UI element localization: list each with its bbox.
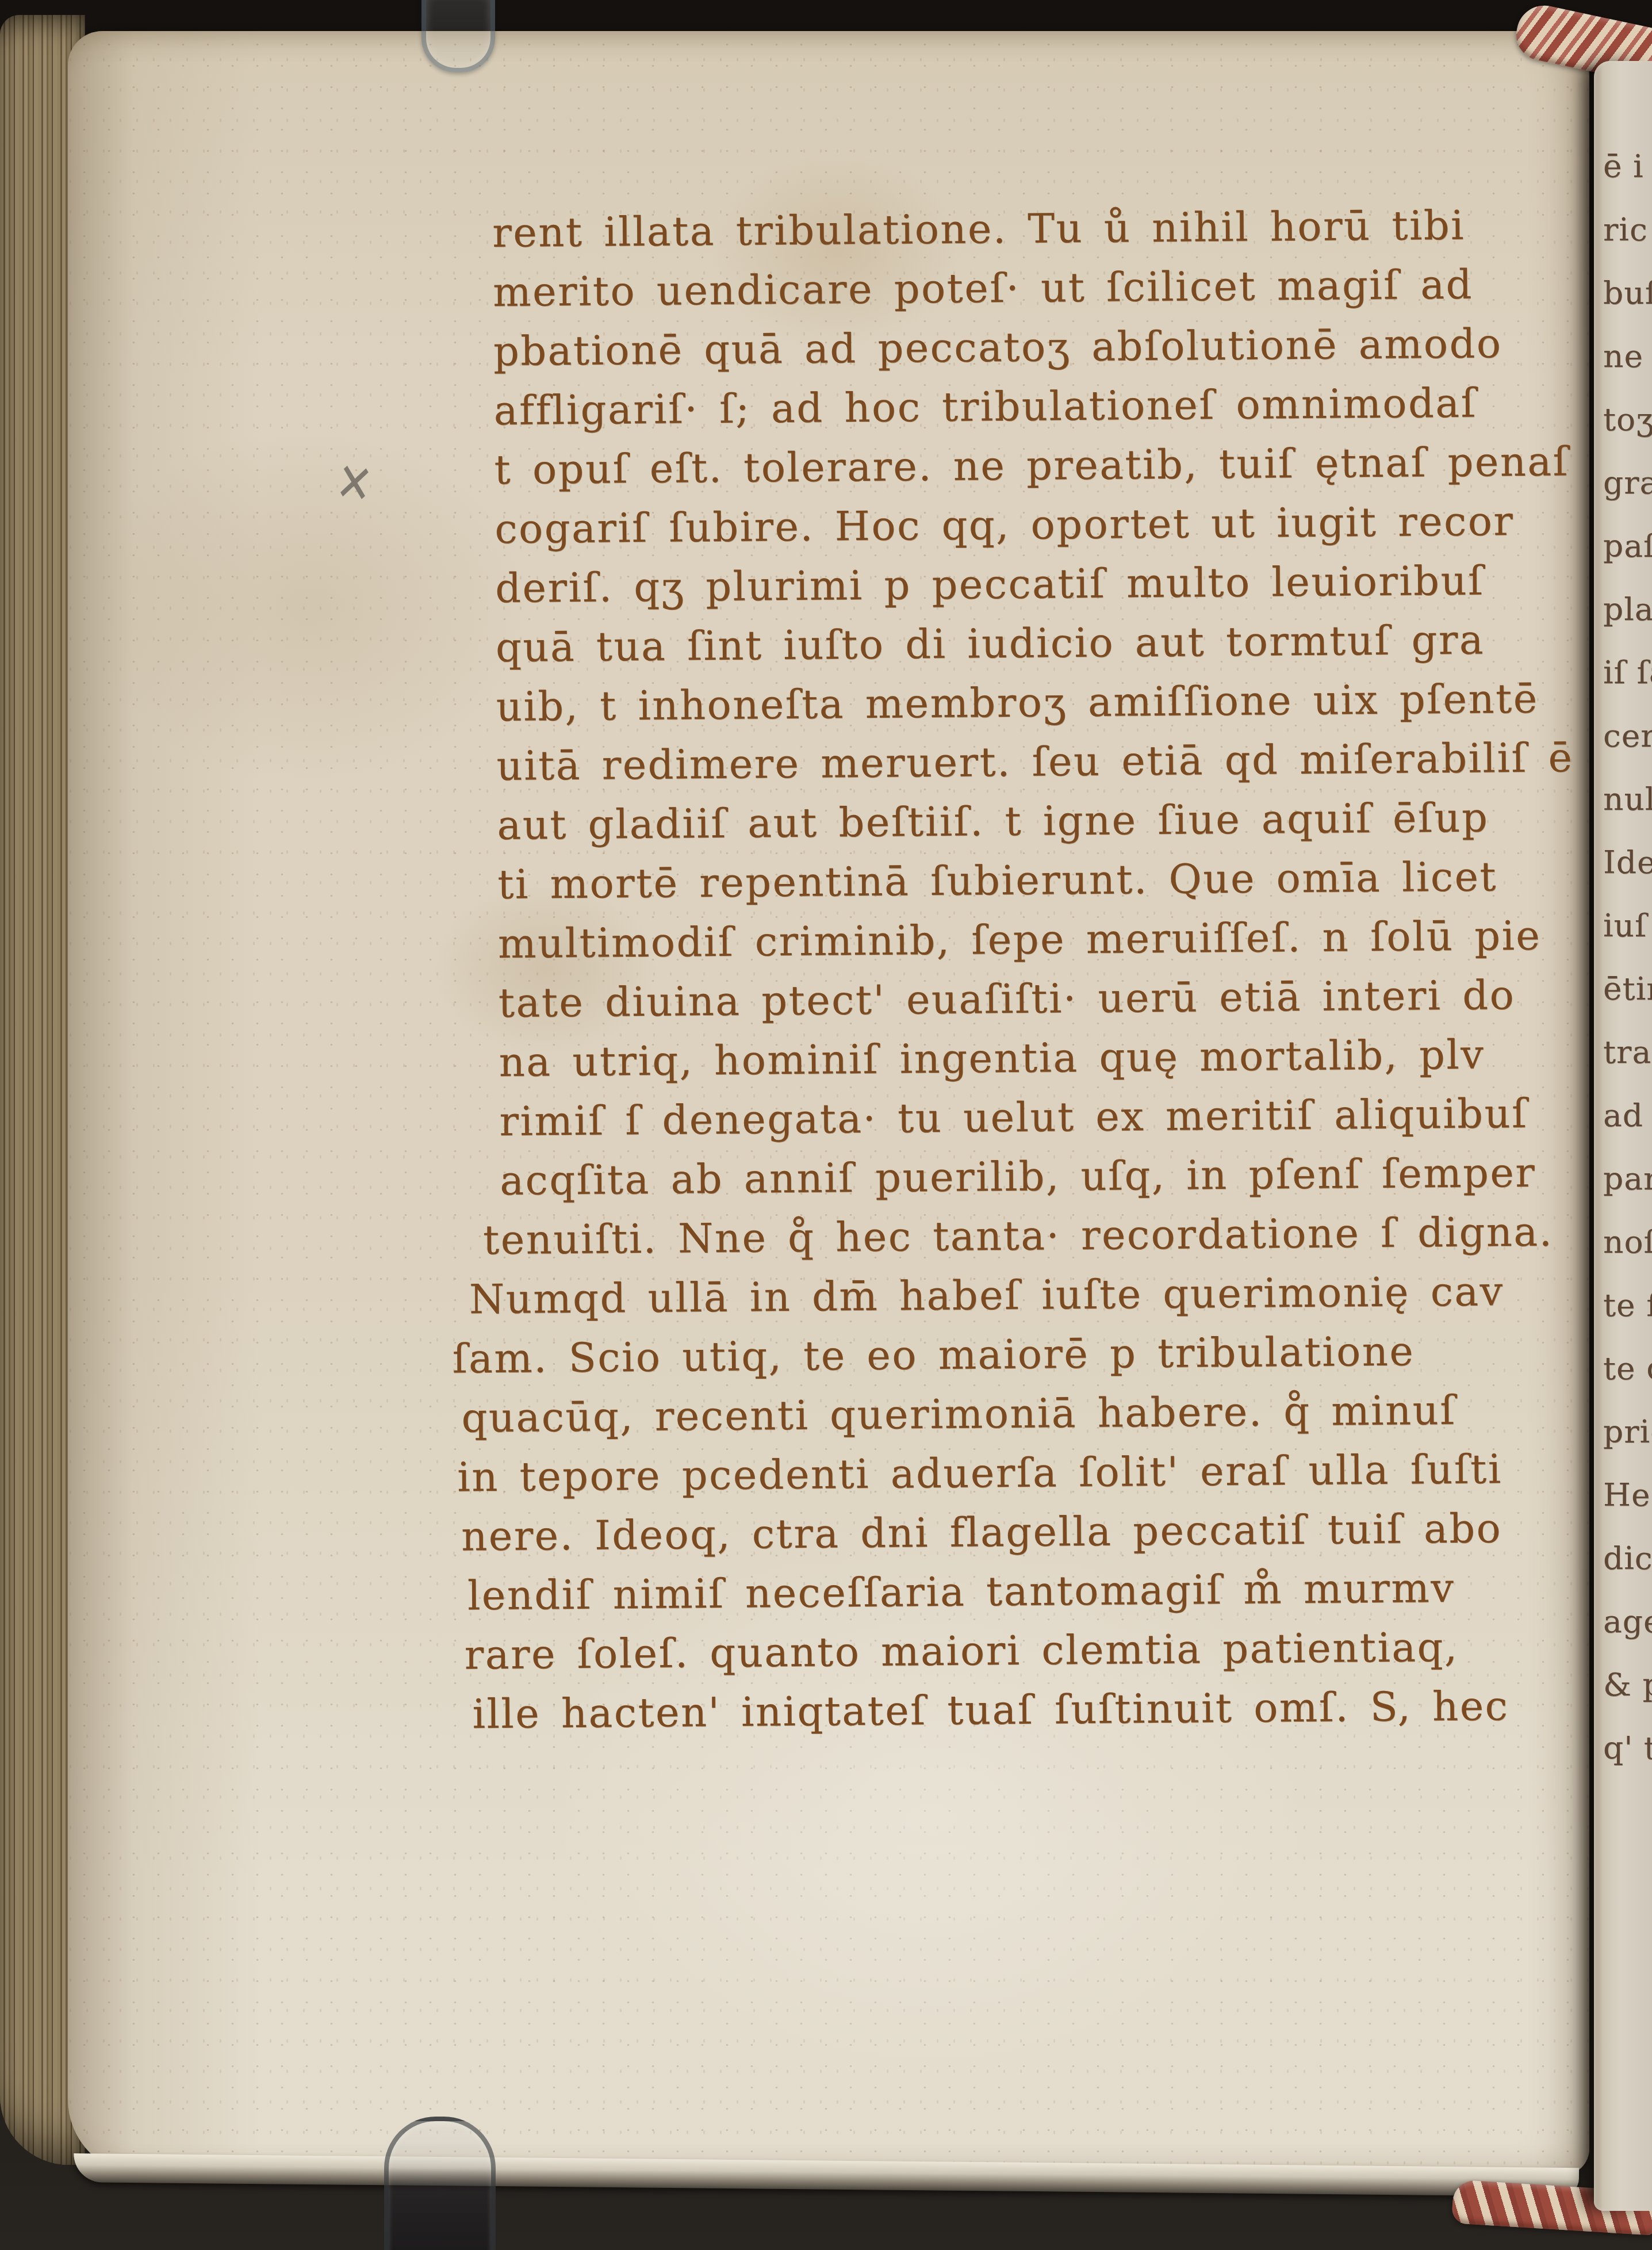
main-text-block: rent illata tribulatione. Tu ů nihil hor… <box>492 195 1631 1744</box>
facing-text-fragment: ētinu <box>1603 957 1652 1020</box>
manuscript-text-line: ti mortē repentinā ſubierunt. Que omīa l… <box>497 847 1625 914</box>
manuscript-page: rent illata tribulatione. Tu ů nihil hor… <box>68 31 1589 2175</box>
facing-page-sliver: ē iricbuſnetoʒgrapaſſplaiſ ſacertnullIde… <box>1594 61 1652 2211</box>
facing-text-fragment: null <box>1603 767 1652 831</box>
facing-text-fragment: iuſ f <box>1603 894 1652 957</box>
facing-text-fragment: iſ ſa <box>1603 641 1652 704</box>
manuscript-text-line: quacūq, recenti querimoniā habere. q̊ mi… <box>461 1380 1629 1448</box>
facing-text-fragment: noſce <box>1603 1210 1652 1273</box>
manuscript-text-line: lendiſ nimiſ neceſſaria tantomagiſ m̊ mu… <box>467 1558 1631 1626</box>
facing-text-fragment: trat' <box>1603 1020 1652 1084</box>
facing-text-fragment: paſſ <box>1603 514 1652 577</box>
manuscript-text-line: tate diuina ptect' euaſiſti· uerū etiā i… <box>499 965 1626 1033</box>
facing-text-block: ē iricbuſnetoʒgrapaſſplaiſ ſacertnullIde… <box>1594 61 1652 1780</box>
facing-text-fragment: gra <box>1603 451 1652 514</box>
facing-text-fragment: ric <box>1603 198 1652 261</box>
manuscript-text-line: Numqd ullā in dm̄ habeſ iuſte querimonię… <box>469 1261 1628 1330</box>
facing-text-fragment: prie <box>1603 1400 1652 1463</box>
manuscript-text-line: acqſita ab anniſ puerilib, uſq, in pſenſ… <box>500 1143 1627 1211</box>
photograph-backdrop: rent illata tribulatione. Tu ů nihil hor… <box>0 0 1652 2250</box>
manuscript-text-line: quā tua ſint iuſto di iudicio aut tormtu… <box>496 610 1623 678</box>
facing-text-fragment: & ppr <box>1603 1653 1652 1716</box>
facing-text-fragment: Hec ē <box>1603 1463 1652 1526</box>
manuscript-text-line: tenuiſti. Nne q̊ hec tanta· recordatione… <box>483 1202 1628 1271</box>
manuscript-text-line: ille hacten' iniqtateſ tuaſ ſuſtinuit om… <box>472 1676 1631 1744</box>
manuscript-text-line: ſam. Scio utiq, te eo maiorē p tribulati… <box>452 1321 1628 1389</box>
facing-text-fragment: q' tan <box>1603 1716 1652 1780</box>
manuscript-text-line: in tepore pcedenti aduerſa ſolit' eraſ u… <box>457 1439 1630 1507</box>
facing-text-fragment: paret <box>1603 1147 1652 1210</box>
facing-text-fragment: dicit. <box>1603 1526 1652 1590</box>
facing-text-fragment: toʒ <box>1603 388 1652 451</box>
facing-text-fragment: Ideo <box>1603 831 1652 894</box>
manuscript-text-line: pbationē quā ad peccatoʒ abſolutionē amo… <box>493 313 1621 381</box>
manuscript-text-line: aut gladiiſ aut beſtiiſ. t igne ſiue aqu… <box>497 787 1624 855</box>
manuscript-text-line: rimiſ ſ denegata· tu uelut ex meritiſ al… <box>499 1084 1627 1151</box>
facing-text-fragment: ad om <box>1603 1084 1652 1147</box>
manuscript-text-line: multimodiſ criminib, ſepe meruiſſeſ. n ſ… <box>498 906 1626 974</box>
page-clip-top <box>421 0 495 72</box>
manuscript-text-line: uitā redimere meruert. ſeu etiā qd miſer… <box>496 728 1624 796</box>
facing-text-fragment: pla <box>1603 577 1652 641</box>
manuscript-text-line: deriſ. qʒ plurimi p peccatiſ multo leuio… <box>495 550 1623 618</box>
facing-text-fragment: age: <box>1603 1590 1652 1653</box>
manuscript-text-line: cogariſ ſubire. Hoc qq, oportet ut iugit… <box>495 491 1622 559</box>
page-clip-bottom <box>384 2117 496 2250</box>
facing-text-fragment: ne <box>1603 324 1652 388</box>
facing-text-fragment: ē i <box>1603 135 1652 198</box>
facing-text-fragment: te qd <box>1603 1337 1652 1400</box>
manuscript-text-line: t opuſ eſt. tolerare. ne preatib, tuiſ ę… <box>494 432 1622 500</box>
facing-text-fragment: cert <box>1603 704 1652 767</box>
manuscript-text-line: affligariſ· ſ; ad hoc tribulationeſ omni… <box>493 373 1621 441</box>
manuscript-text-line: rare ſoleſ. quanto maiori clemtia patien… <box>464 1617 1631 1685</box>
facing-text-fragment: buſ <box>1603 261 1652 324</box>
facing-text-fragment: te fo <box>1603 1273 1652 1337</box>
manuscript-text-line: na utriq, hominiſ ingentia quę mortalib,… <box>499 1024 1626 1092</box>
manuscript-text-line: rent illata tribulatione. Tu ů nihil hor… <box>492 195 1620 263</box>
manuscript-text-line: nere. Ideoq, ctra dni flagella peccatiſ … <box>461 1498 1630 1567</box>
manuscript-text-line: merito uendicare poteſ· ut ſcilicet magi… <box>493 254 1620 322</box>
manuscript-text-line: uib, t inhoneſta membroʒ amiſſione uix p… <box>496 669 1623 737</box>
